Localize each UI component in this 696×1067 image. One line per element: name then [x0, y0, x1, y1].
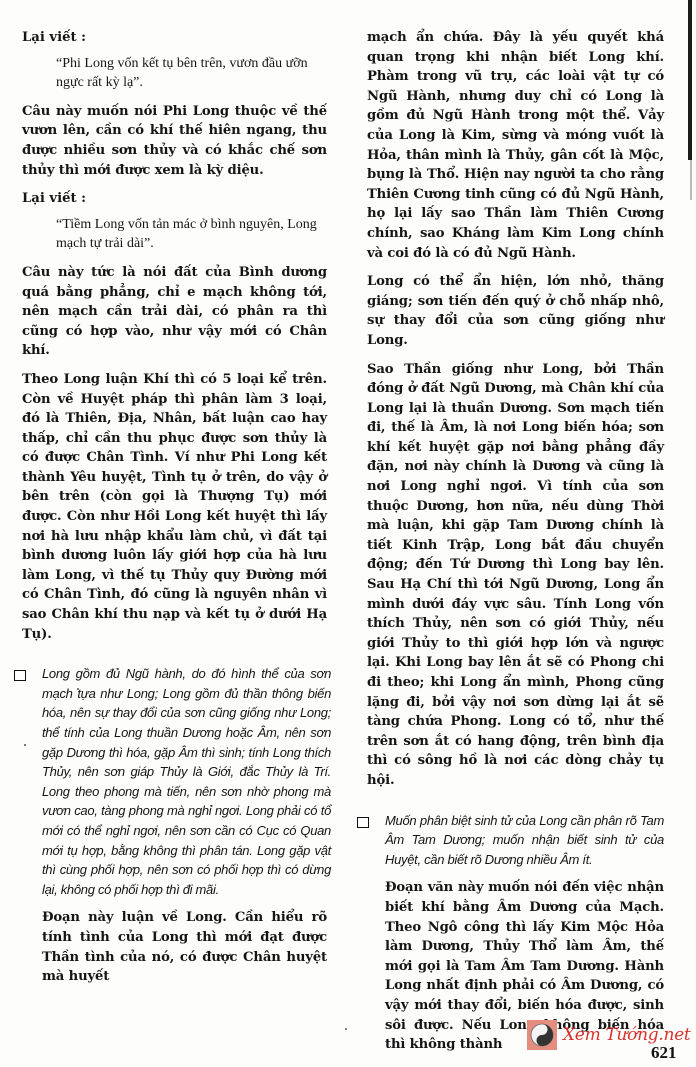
paragraph: Sao Thần giống như Long, bởi Thần đóng ở… [367, 360, 664, 791]
paragraph: mạch ẩn chứa. Đây là yếu quyết khá quan … [367, 28, 664, 263]
block-quote: “Tiềm Long vốn tản mác ở bình nguyên, Lo… [56, 215, 327, 254]
paragraph: Câu này tức là nói đất của Bình dương qu… [22, 263, 327, 361]
italic-passage: Muốn phân biệt sinh tử của Long cần phân… [385, 811, 664, 870]
italic-passage: Long gồm đủ Ngũ hành, do đó hình thể của… [42, 664, 331, 899]
paragraph: Câu này muốn nói Phi Long thuộc về thế v… [22, 102, 327, 180]
square-bullet-icon [14, 670, 26, 681]
section-label: Lại viết : [22, 189, 327, 209]
square-bullet-icon [357, 817, 369, 828]
book-page: Lại viết : “Phi Long vốn kết tụ bên trên… [0, 0, 696, 1067]
page-number: 621 [651, 1043, 677, 1063]
block-quote: “Phi Long vốn kết tụ bên trên, vươn đầu … [56, 54, 327, 93]
watermark-text: Xem Tướng.net [563, 1025, 690, 1045]
yin-yang-icon [527, 1020, 557, 1050]
scan-speck [77, 688, 79, 690]
scan-edge-shadow-lower [690, 160, 692, 200]
left-column: Lại viết : “Phi Long vốn kết tụ bên trên… [22, 28, 327, 996]
scan-edge-shadow [688, 0, 692, 160]
paragraph: Long có thể ẩn hiện, lớn nhỏ, thăng gián… [367, 272, 664, 350]
boxed-italic-passage: Long gồm đủ Ngũ hành, do đó hình thể của… [22, 664, 331, 899]
paragraph: Theo Long luận Khí thì có 5 loại kể trên… [22, 370, 327, 644]
scan-speck [24, 744, 26, 746]
scan-speck [345, 1028, 347, 1030]
section-label: Lại viết : [22, 28, 327, 48]
boxed-italic-passage: Muốn phân biệt sinh tử của Long cần phân… [357, 811, 664, 870]
paragraph: Đoạn này luận về Long. Cần hiểu rõ tính … [22, 908, 327, 986]
right-column: mạch ẩn chứa. Đây là yếu quyết khá quan … [367, 28, 664, 1064]
